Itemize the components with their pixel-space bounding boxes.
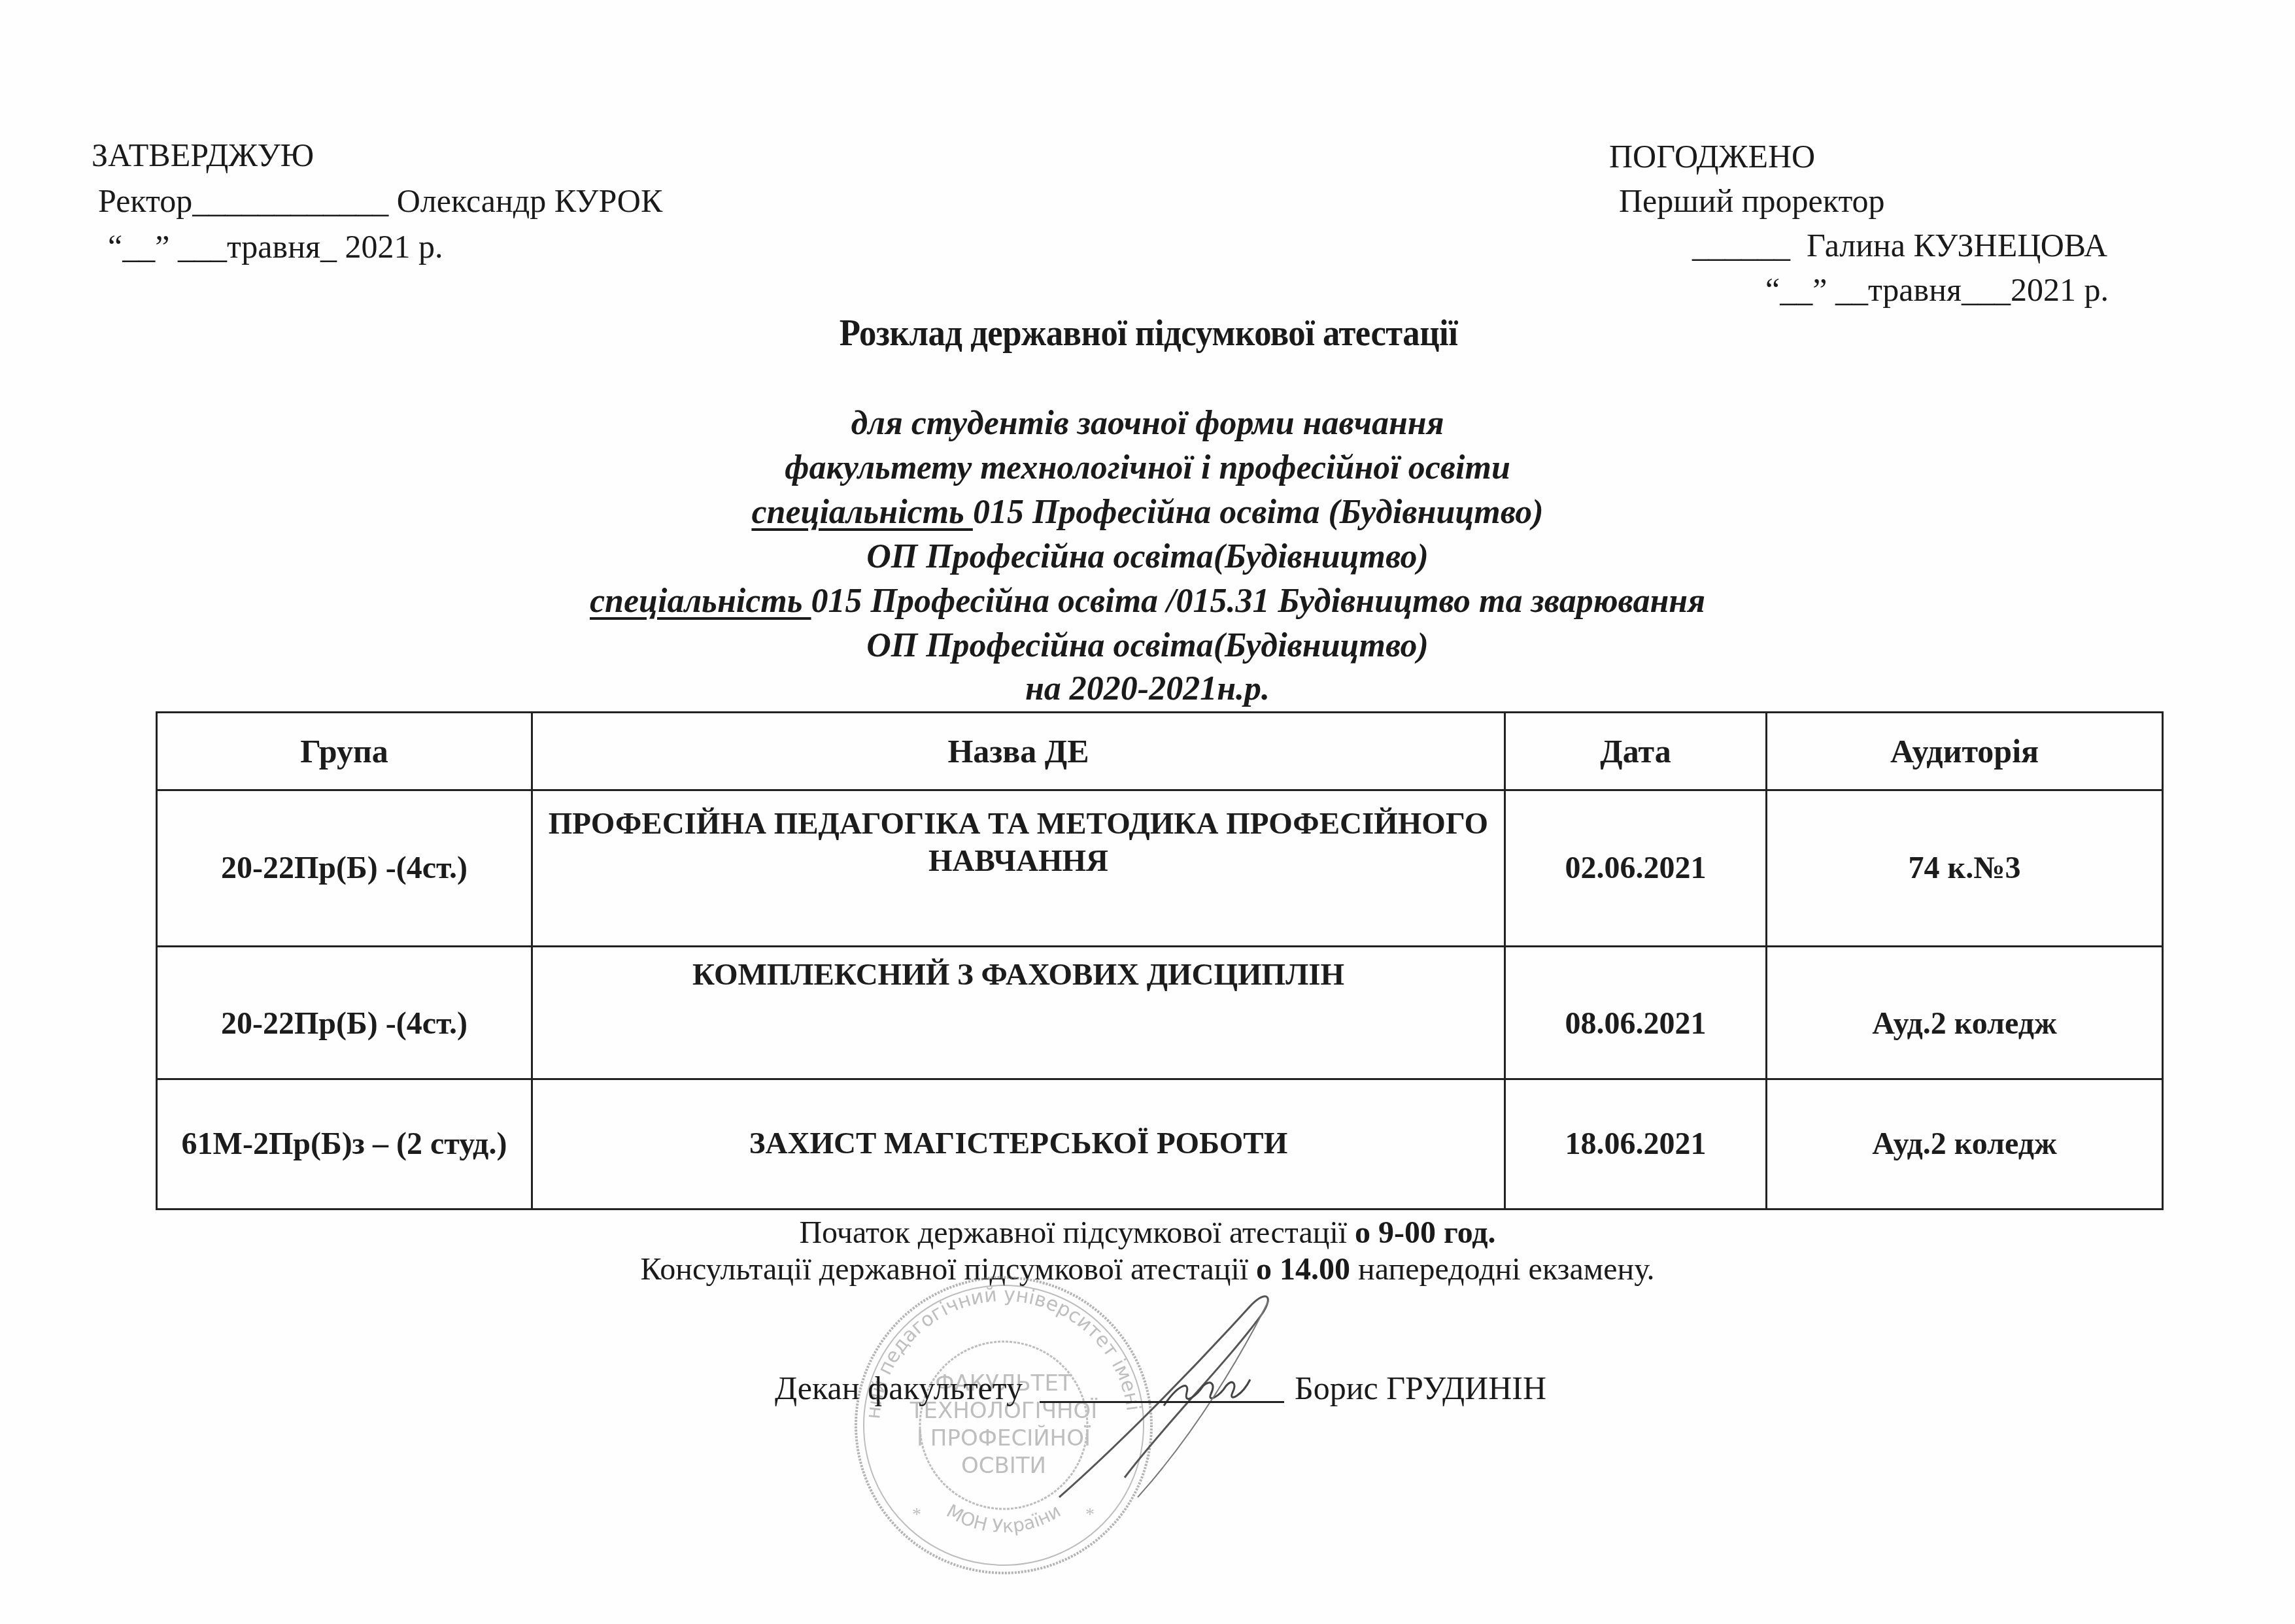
cell-room: 74 к.№3: [1767, 790, 2163, 947]
column-header-exam-name: Назва ДЕ: [532, 713, 1505, 790]
document-title: Розклад державної підсумкової атестації: [70, 313, 2227, 354]
cell-group: 20-22Пр(Б) -(4ст.): [157, 947, 532, 1079]
cell-room: Ауд.2 коледж: [1767, 947, 2163, 1079]
note-start-value: о 9-00 год.: [1355, 1215, 1495, 1250]
subtitle-specialty-2: спеціальність 015 Професійна освіта /015…: [0, 584, 2295, 618]
specialty-value: 015 Професійна освіта (Будівництво): [973, 494, 1544, 531]
subtitle-program-1: ОП Професійна освіта(Будівництво): [0, 540, 2295, 574]
table-row: 61М-2Пр(Б)з – (2 студ.) ЗАХИСТ МАГІСТЕРС…: [157, 1079, 2163, 1210]
document-page: ЗАТВЕРДЖУЮ Ректор____________ Олександр …: [0, 0, 2295, 1624]
specialty-label: спеціальність: [751, 494, 973, 531]
specialty-value: 015 Професійна освіта /015.31 Будівництв…: [811, 583, 1706, 620]
note-start-time: Початок державної підсумкової атестації …: [0, 1217, 2295, 1249]
cell-date: 02.06.2021: [1505, 790, 1767, 947]
cell-group: 61М-2Пр(Б)з – (2 студ.): [157, 1079, 532, 1210]
schedule-table: Група Назва ДЕ Дата Аудиторія 20-22Пр(Б)…: [156, 711, 2164, 1210]
cell-group: 20-22Пр(Б) -(4ст.): [157, 790, 532, 947]
approval-heading: ЗАТВЕРДЖУЮ: [92, 139, 314, 171]
cell-date: 08.06.2021: [1505, 947, 1767, 1079]
table-row: 20-22Пр(Б) -(4ст.) ПРОФЕСІЙНА ПЕДАГОГІКА…: [157, 790, 2163, 947]
note-start-text: Початок державної підсумкової атестації: [799, 1215, 1355, 1250]
cell-exam-name: КОМПЛЕКСНИЙ З ФАХОВИХ ДИСЦИПЛІН: [532, 947, 1505, 1079]
stamp-bottom-text: МОН України: [943, 1500, 1064, 1537]
rector-date-line: “__” ___травня_ 2021 р.: [108, 230, 443, 263]
note-consult-tail: напередодні екзамену.: [1350, 1252, 1654, 1287]
cell-room: Ауд.2 коледж: [1767, 1079, 2163, 1210]
agreed-heading: ПОГОДЖЕНО: [1609, 140, 1815, 173]
subtitle-students: для студентів заочної форми навчання: [0, 407, 2295, 441]
cell-exam-name: ЗАХИСТ МАГІСТЕРСЬКОЇ РОБОТИ: [532, 1079, 1505, 1210]
table-header-row: Група Назва ДЕ Дата Аудиторія: [157, 713, 2163, 790]
column-header-group: Група: [157, 713, 532, 790]
prorector-date-line: “__” __травня___2021 р.: [1765, 273, 2109, 306]
dean-label: Декан факультету: [775, 1369, 1023, 1407]
subtitle-specialty-1: спеціальність 015 Професійна освіта (Буд…: [0, 496, 2295, 530]
specialty-label: спеціальність: [590, 583, 811, 620]
subtitle-academic-year: на 2020-2021н.р.: [0, 672, 2295, 706]
prorector-signature-line: ______ Галина КУЗНЕЦОВА: [1692, 229, 2107, 262]
dean-name: Борис ГРУДИНІН: [1295, 1369, 1546, 1407]
cell-exam-name: ПРОФЕСІЙНА ПЕДАГОГІКА ТА МЕТОДИКА ПРОФЕС…: [532, 790, 1505, 947]
subtitle-program-2: ОП Професійна освіта(Будівництво): [0, 629, 2295, 663]
prorector-position: Перший проректор: [1619, 184, 1885, 217]
dean-signature-line: [1040, 1401, 1284, 1403]
svg-text:*: *: [912, 1504, 921, 1525]
column-header-date: Дата: [1505, 713, 1767, 790]
column-header-room: Аудиторія: [1767, 713, 2163, 790]
table-row: 20-22Пр(Б) -(4ст.) КОМПЛЕКСНИЙ З ФАХОВИХ…: [157, 947, 2163, 1079]
rector-signature-line: Ректор____________ Олександр КУРОК: [98, 184, 662, 217]
subtitle-faculty: факультету технологічної і професійної о…: [0, 451, 2295, 485]
cell-date: 18.06.2021: [1505, 1079, 1767, 1210]
svg-text:*: *: [1085, 1504, 1095, 1525]
